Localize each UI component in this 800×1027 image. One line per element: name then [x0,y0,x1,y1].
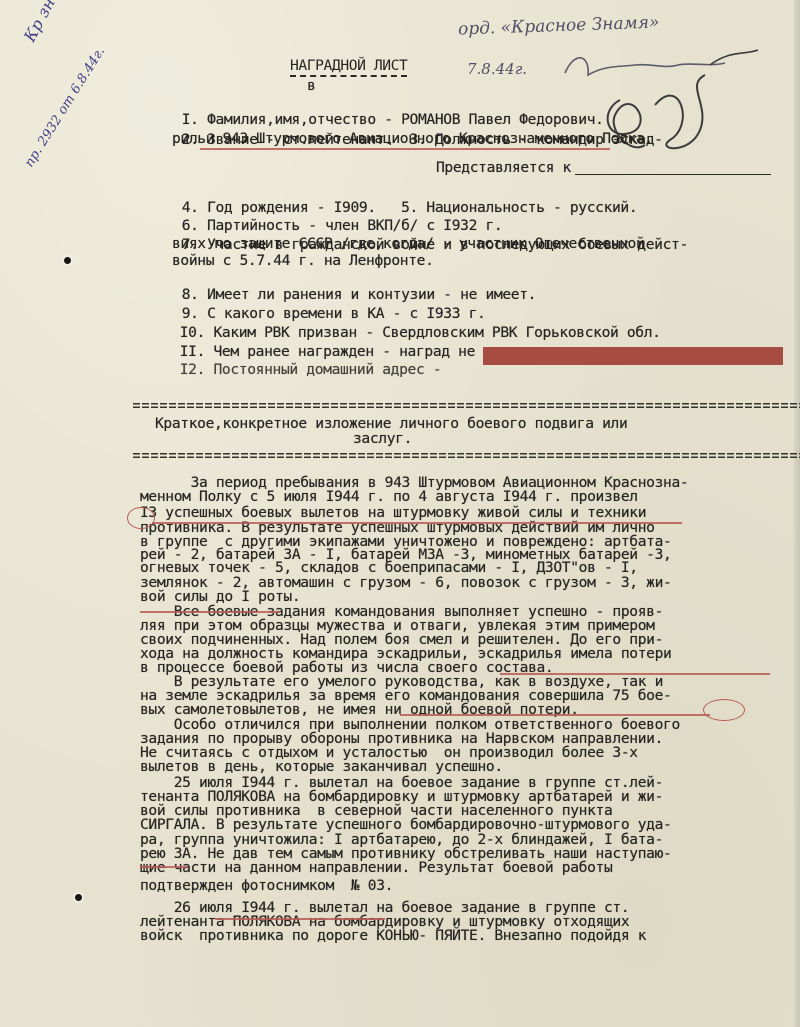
red-underline-losses [500,673,770,675]
field-7-cont-1: виях по защите СССР /где,когда/ - участн… [172,236,644,251]
field-text: Постоянный домашний адрес - [214,361,442,378]
narrative-line: огневых точек - 5, складов с боеприпасам… [140,560,638,575]
field-7-cont-2: войны с 5.7.44 г. на Ленфронте. [172,253,434,268]
margin-note-order-ref: пр. 2932 от 6.8.44г. [22,45,108,170]
field-num: I2. [180,361,205,378]
award-sheet-page: Кр зн пр. 2932 от 6.8.44г. орд. «Красное… [0,0,800,1027]
page-edge [794,0,800,1027]
red-pencil-underline [200,148,610,150]
red-underline-manpower [140,611,280,613]
field-3-position-cont: рильи 943 Штурмового Авиационного Красно… [172,131,653,146]
red-circle-75 [703,699,745,721]
recommended-for-label: Представляется к [436,160,571,175]
separator-top [133,403,800,408]
red-underline-photo [215,918,385,920]
award-recommendation-note: орд. «Красное Знамя» [458,12,660,39]
narrative-line: менном Полку с 5 июля I944 г. по 4 авгус… [140,489,638,504]
punch-hole-mark-upper [64,257,71,264]
separator-bottom [133,453,800,458]
narrative-line: вылетов в день, которые заканчивал успеш… [140,759,503,774]
field-12-address: I2. Постоянный домашний адрес - [146,347,441,392]
narrative-line: войск противника по дороге КОНЬЮ- ПЯЙТЕ.… [140,928,646,943]
narrative-line: щие части на данном направлении. Результ… [140,860,612,875]
narrative-line: подтвержден фотоснимком № 03. [140,878,393,893]
narrative-line: I3 успешных боевых вылетов на штурмовку … [140,505,646,520]
narrative-line: СИРГАЛА. В результате успешного бомбарди… [140,817,671,832]
red-underline-command [400,714,710,716]
redacted-address [483,347,783,365]
title-sub: в [307,78,315,93]
red-circle-13 [127,507,155,529]
handwritten-date: 7.8.44г. [467,60,527,78]
section-heading-cont: заслуг. [353,431,412,446]
punch-hole-mark-lower [75,894,82,901]
section-heading: Краткое,конкретное изложение личного бое… [155,416,627,431]
red-underline-sirgala [140,866,188,868]
red-underline-sorties [152,522,682,524]
margin-note-1: Кр зн [20,0,59,45]
document-title: НАГРАДНОЙ ЛИСТ [290,57,407,77]
narrative-line: вой силы до I роты. [140,589,300,604]
recommended-for-blank [575,174,771,175]
